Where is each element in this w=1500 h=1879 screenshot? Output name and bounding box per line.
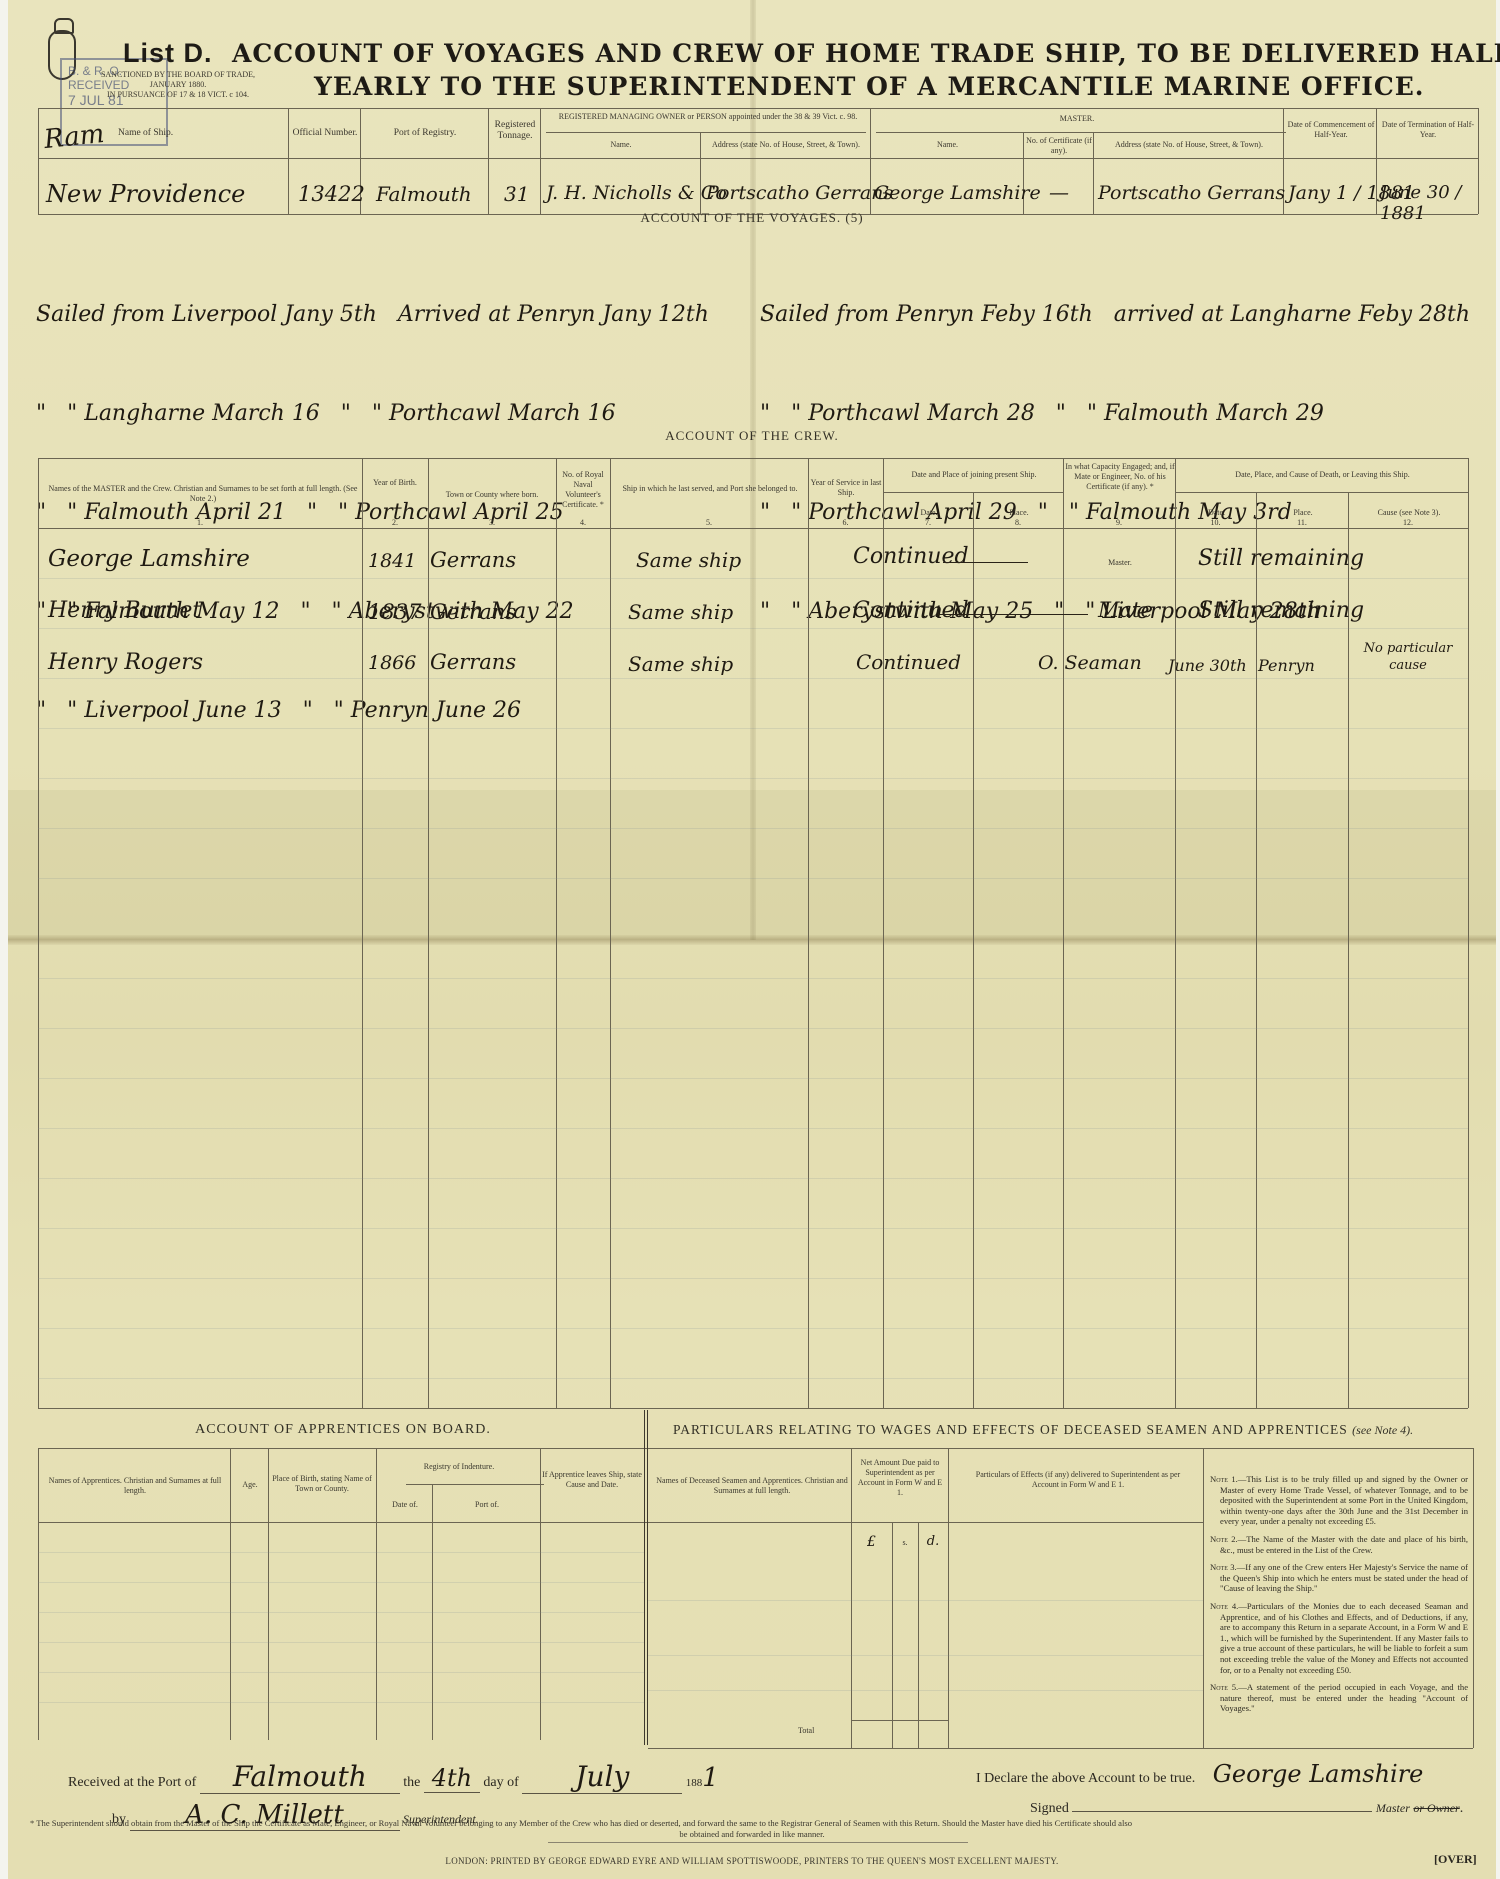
crew-birth-year: 1841	[368, 550, 416, 572]
crew-birthplace: Gerrans	[430, 548, 516, 572]
deceased-col-effects: Particulars of Effects (if any) delivere…	[968, 1470, 1188, 1490]
value-official-number: 13422	[298, 182, 365, 206]
note-label: Note 5.	[1210, 1682, 1238, 1692]
col-number: 5.	[610, 518, 808, 528]
col-number: 4.	[556, 518, 610, 528]
col-number: 3.	[428, 518, 556, 528]
crew-col-6-header: Year of Service in last Ship.	[810, 478, 882, 498]
crew-col-2-header: Year of Birth.	[364, 478, 426, 488]
crew-col-12-header: Cause (see Note 3).	[1350, 508, 1468, 518]
note-label: Note 3.	[1210, 1562, 1237, 1572]
crew-name: Henry Rogers	[48, 650, 203, 675]
total-label: Total	[798, 1726, 814, 1736]
year-prefix: 188	[686, 1777, 703, 1789]
crew-col-1-header: Names of the MASTER and the Crew. Christ…	[48, 484, 358, 504]
col-number: 2.	[362, 518, 428, 528]
deceased-heading-note: (see Note 4).	[1352, 1423, 1413, 1437]
apprentices-col-birthplace: Place of Birth, stating Name of Town or …	[270, 1474, 374, 1494]
deceased-col-net-amount: Net Amount Due paid to Superintendent as…	[854, 1458, 946, 1498]
notes-panel: Note 1.—This List is to be truly filled …	[1210, 1474, 1468, 1721]
col-owner-group: REGISTERED MANAGING OWNER or PERSON appo…	[548, 112, 868, 122]
col-number: 12.	[1348, 518, 1468, 528]
owner-struck-label: or Owner	[1413, 1801, 1459, 1815]
value-owner-address: Portscatho Gerrans	[706, 182, 893, 204]
received-port-field: Falmouth	[200, 1760, 400, 1794]
horizontal-fold	[8, 935, 1496, 945]
note-1: Note 1.—This List is to be truly filled …	[1210, 1474, 1468, 1527]
crew-leaving-date: June 30th	[1168, 656, 1247, 675]
crew-birth-year: 1866	[368, 652, 416, 674]
value-master-address: Portscatho Gerrans	[1098, 182, 1285, 204]
col-name-of-ship: Name of Ship.	[118, 128, 173, 139]
col-owner-address: Address (state No. of House, Street, & T…	[702, 140, 870, 150]
note-text: —The Name of the Master with the date an…	[1220, 1534, 1468, 1555]
crew-leaving-cause: Still remaining	[1198, 546, 1364, 571]
crew-capacity: Master.	[1065, 558, 1175, 568]
col-owner-name: Name.	[542, 140, 700, 150]
crew-col-5-header: Ship in which he last served, and Port s…	[614, 484, 806, 494]
list-label: List D.	[123, 38, 213, 68]
col-master-certificate: No. of Certificate (if any).	[1025, 136, 1093, 156]
apprentices-col-date-of: Date of.	[378, 1500, 432, 1510]
form-title-line-2: YEARLY TO THE SUPERINTENDENT OF A MERCAN…	[314, 72, 1425, 101]
printer-line: LONDON: PRINTED BY GEORGE EDWARD EYRE AN…	[8, 1856, 1496, 1866]
sanction-line-1: SANCTIONED BY THE BOARD OF TRADE,	[78, 70, 278, 80]
crew-last-ship: Same ship	[636, 548, 741, 572]
crew-name: George Lamshire	[48, 546, 250, 572]
col-number: 10.	[1175, 518, 1256, 528]
voyage-entry: Sailed from Liverpool Jany 5th Arrived a…	[36, 298, 709, 331]
declaration-line: I Declare the above Account to be true. …	[976, 1760, 1423, 1788]
margin-initials: Ram	[43, 119, 106, 155]
crew-birthplace: Gerrans	[430, 650, 516, 674]
note-label: Note 2.	[1210, 1534, 1238, 1544]
col-master-group: MASTER.	[872, 114, 1282, 124]
crew-col-9-header: In what Capacity Engaged; and, if Mate o…	[1065, 462, 1175, 492]
note-label: Note 1.	[1210, 1474, 1238, 1484]
col-number: 8.	[973, 518, 1063, 528]
continuation-stroke	[938, 614, 1088, 615]
sanction-text: SANCTIONED BY THE BOARD OF TRADE, JANUAR…	[78, 70, 278, 100]
value-tonnage: 31	[504, 182, 529, 206]
master-signature: George Lamshire	[1213, 1760, 1424, 1788]
footnote-line-2: be obtained and forwarded in like manner…	[8, 1829, 1496, 1839]
note-label: Note 4.	[1210, 1601, 1238, 1611]
continuation-stroke	[943, 562, 1028, 563]
deceased-col-shillings: s.	[892, 1538, 918, 1548]
col-registered-tonnage: Registered Tonnage.	[490, 120, 540, 142]
crew-joining-group-header: Date and Place of joining present Ship.	[885, 470, 1063, 480]
form-title-line-1: List D. ACCOUNT OF VOYAGES AND CREW OF H…	[123, 38, 1500, 69]
the-label: the	[403, 1775, 420, 1790]
col-number: 9.	[1063, 518, 1175, 528]
apprentices-col-port-of: Port of.	[434, 1500, 540, 1510]
crew-joined: Continued	[853, 598, 969, 623]
crew-name: Henry Burnet	[48, 598, 201, 623]
crew-col-10-header: Date.	[1177, 508, 1256, 518]
crew-col-8-header: Place.	[975, 508, 1063, 518]
sanction-line-3: IN PURSUANCE OF 17 & 18 VICT. c 104.	[78, 90, 278, 100]
col-official-number: Official Number.	[290, 128, 360, 139]
crew-col-7-header: Date.	[885, 508, 973, 518]
col-number: 11.	[1256, 518, 1348, 528]
note-4: Note 4.—Particulars of the Monies due to…	[1210, 1601, 1468, 1675]
apprentices-col-leaves: If Apprentice leaves Ship, state Cause a…	[542, 1470, 642, 1490]
title-text-1: ACCOUNT OF VOYAGES AND CREW OF HOME TRAD…	[232, 39, 1500, 68]
note-text: —If any one of the Crew enters Her Majes…	[1220, 1562, 1468, 1593]
crew-leaving-cause: Still remaining	[1198, 598, 1364, 623]
voyage-entry: " " Langharne March 16 " " Porthcawl Mar…	[36, 397, 709, 430]
crew-col-4-header: No. of Royal Naval Volunteer's Certifica…	[558, 470, 608, 510]
document-page: B. & R. O. RECEIVED 7 JUL 81 Ram SANCTIO…	[8, 0, 1496, 1879]
col-number: 1.	[38, 518, 362, 528]
sanction-line-2: JANUARY 1880.	[78, 80, 278, 90]
received-day-field: 4th	[424, 1764, 480, 1793]
voyage-entry: " " Liverpool June 13 " " Penryn June 26	[36, 694, 709, 727]
crew-joined: Continued	[853, 544, 969, 569]
crew-last-ship: Same ship	[628, 652, 733, 676]
apprentices-col-registry: Registry of Indenture.	[378, 1462, 540, 1472]
note-3: Note 3.—If any one of the Crew enters He…	[1210, 1562, 1468, 1594]
value-ship-name: New Providence	[46, 180, 245, 208]
crew-last-ship: Same ship	[628, 600, 733, 624]
year-digit: 1	[702, 1763, 719, 1793]
signed-label: Signed	[1030, 1801, 1069, 1816]
col-commencement: Date of Commencement of Half-Year.	[1286, 120, 1376, 140]
footnote-line-1: * The Superintendent should obtain from …	[30, 1818, 1480, 1828]
col-master-name: Name.	[872, 140, 1023, 150]
over-label: [OVER]	[1434, 1852, 1477, 1867]
crew-leaving-cause: No particular cause	[1343, 640, 1473, 674]
crew-birthplace: Gerrans	[430, 600, 516, 624]
value-owner-name: J. H. Nicholls & Co	[546, 182, 727, 204]
crew-birth-year: 1837	[368, 600, 421, 624]
crew-capacity: Mate	[1098, 598, 1153, 622]
deceased-heading-text: PARTICULARS RELATING TO WAGES AND EFFECT…	[673, 1422, 1348, 1437]
crew-capacity: O. Seaman	[1038, 652, 1142, 674]
crew-heading: ACCOUNT OF THE CREW.	[8, 428, 1496, 444]
deceased-heading: PARTICULARS RELATING TO WAGES AND EFFECT…	[673, 1422, 1413, 1438]
voyage-entry: Sailed from Penryn Feby 16th arrived at …	[760, 298, 1470, 331]
signed-field	[1072, 1800, 1372, 1812]
note-text: —This List is to be truly filled up and …	[1220, 1474, 1468, 1526]
col-number: 7.	[883, 518, 973, 528]
declaration-label: I Declare the above Account to be true.	[976, 1771, 1195, 1786]
crew-col-11-header: Place.	[1258, 508, 1348, 518]
note-text: —Particulars of the Monies due to each d…	[1220, 1601, 1468, 1675]
note-text: —A statement of the period occupied in e…	[1220, 1682, 1468, 1713]
voyages-heading: ACCOUNT OF THE VOYAGES. (5)	[8, 210, 1496, 226]
col-number: 6.	[808, 518, 883, 528]
day-of-label: day of	[483, 1775, 518, 1790]
note-5: Note 5.—A statement of the period occupi…	[1210, 1682, 1468, 1714]
voyage-entry: " " Porthcawl March 28 " " Falmouth Marc…	[760, 397, 1470, 430]
deceased-col-names: Names of Deceased Seamen and Apprentices…	[656, 1476, 848, 1496]
value-master-certificate: —	[1025, 180, 1093, 204]
deceased-col-pounds: £	[851, 1534, 892, 1550]
received-label: Received at the Port of	[68, 1775, 196, 1790]
received-line: Received at the Port of Falmouth the 4th…	[68, 1760, 719, 1794]
received-month-field: July	[522, 1760, 682, 1794]
crew-leaving-group-header: Date, Place, and Cause of Death, or Leav…	[1177, 470, 1468, 480]
col-master-address: Address (state No. of House, Street, & T…	[1095, 140, 1283, 150]
apprentices-col-age: Age.	[232, 1480, 268, 1490]
crew-leaving-place: Penryn	[1258, 656, 1315, 675]
voyages-left-column: Sailed from Liverpool Jany 5th Arrived a…	[36, 232, 709, 793]
value-port-of-registry: Falmouth	[376, 182, 472, 206]
crew-joined: Continued	[856, 650, 961, 674]
deceased-col-pence: d.	[918, 1534, 948, 1549]
master-label: Master	[1376, 1801, 1410, 1815]
col-port-of-registry: Port of Registry.	[362, 128, 488, 139]
apprentices-heading: ACCOUNT OF APPRENTICES ON BOARD.	[38, 1422, 648, 1438]
note-2: Note 2.—The Name of the Master with the …	[1210, 1534, 1468, 1555]
apprentices-col-names: Names of Apprentices. Christian and Surn…	[42, 1476, 228, 1496]
value-master-name: George Lamshire	[874, 182, 1041, 204]
signed-line: Signed Master or Owner.	[1030, 1800, 1463, 1817]
crew-col-3-header: Town or County where born.	[430, 490, 554, 500]
col-termination: Date of Termination of Half-Year.	[1378, 120, 1478, 140]
